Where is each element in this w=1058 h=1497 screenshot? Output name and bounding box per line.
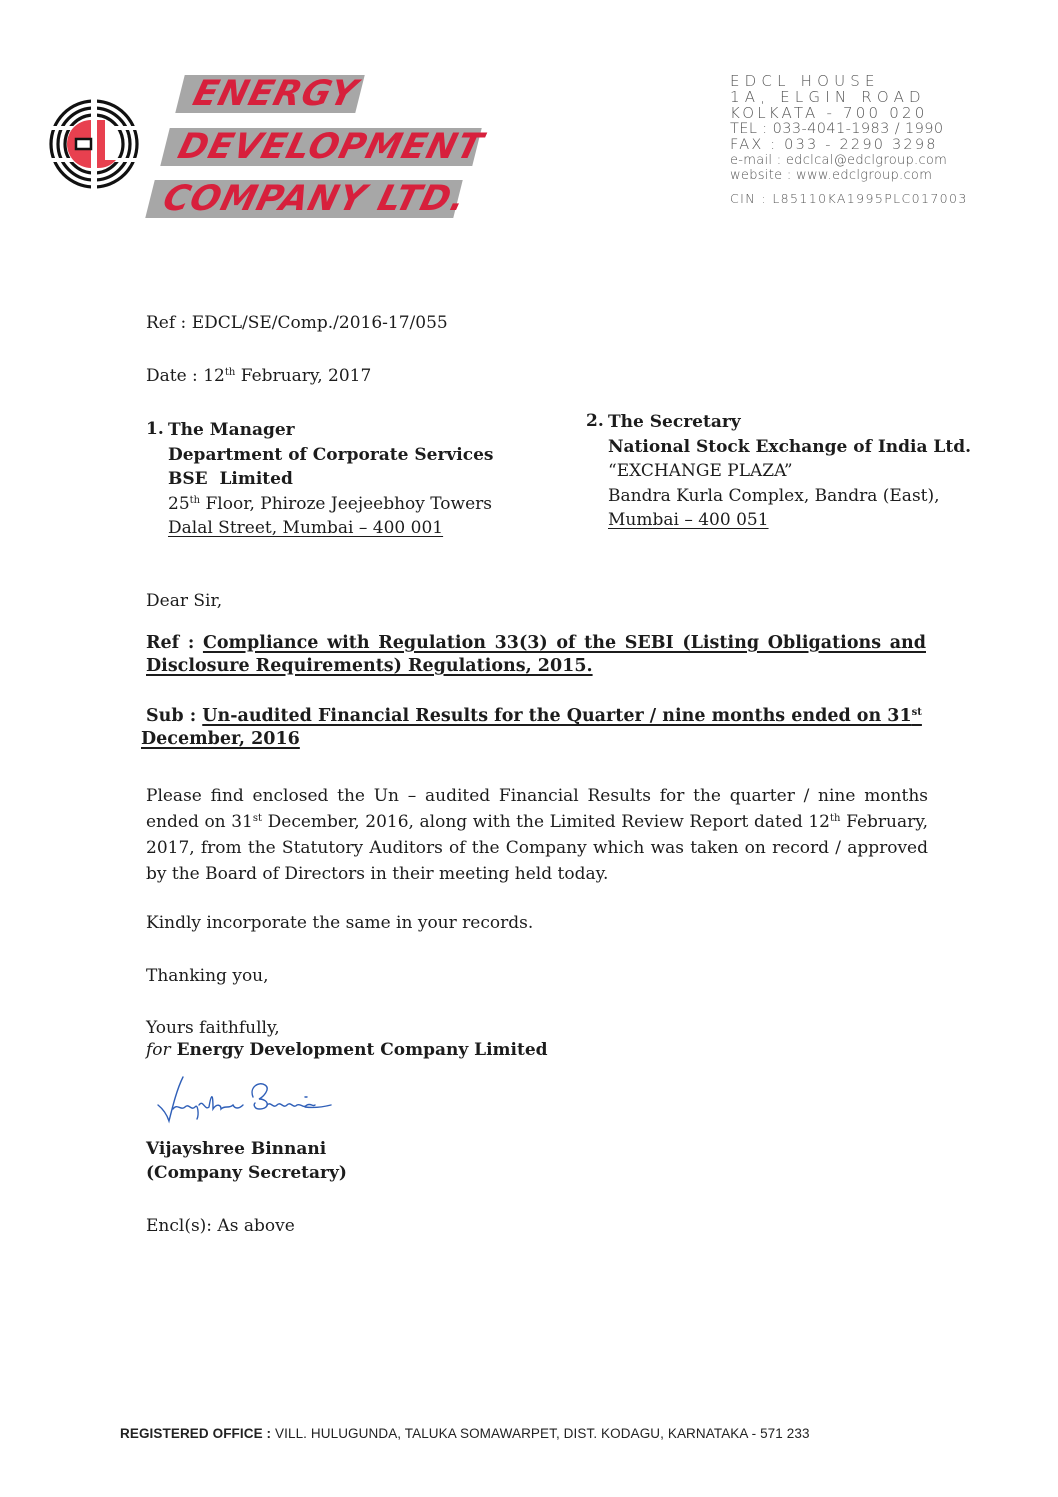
date-month-year: February, 2017 [235,366,371,386]
edcl-emblem-icon [48,98,140,190]
floor-suffix: th [190,495,200,506]
logo-band-development: DEVELOPMENT [160,128,481,166]
recipient-number: 2. [586,410,604,433]
logo-text-development: DEVELOPMENT [160,128,481,166]
body-sup-1: st [253,813,262,824]
letter-date: Date : 12th February, 2017 [146,365,371,388]
recipient-city: Dalal Street, Mumbai – 400 001 [168,516,494,541]
thanks-line: Thanking you, [146,965,269,988]
for-company: Energy Development Company Limited [171,1040,548,1060]
ref-subject-text: Compliance with Regulation 33(3) of the … [146,633,926,676]
footer-address: VILL. HULUGUNDA, TALUKA SOMAWARPET, DIST… [275,1426,810,1441]
recipient-city: Mumbai – 400 051 [608,508,971,533]
letterhead-address: EDCL HOUSE 1A, ELGIN ROAD KOLKATA - 700 … [730,73,1010,207]
body-paragraph: Please find enclosed the Un – audited Fi… [146,783,928,887]
logo-text-company: COMPANY LTD. [145,180,462,218]
handwritten-signature [155,1075,335,1125]
logo-text-energy: ENERGY [175,75,364,113]
recipient-title: The Secretary [608,410,971,435]
for-company-line: for Energy Development Company Limited [146,1039,548,1062]
request-line: Kindly incorporate the same in your reco… [146,912,533,935]
logo-band-energy: ENERGY [175,75,364,113]
recipient-address: 25th Floor, Phiroze Jeejeebhoy Towers [168,492,494,517]
body-text-b: December, 2016, along with the Limited R… [262,812,830,832]
sub-subject-text: Un-audited Financial Results for the Qua… [146,706,922,749]
sub-subject-sup: st [912,707,922,718]
address-building: EDCL HOUSE [730,73,1010,89]
registered-office-footer: REGISTERED OFFICE : VILL. HULUGUNDA, TAL… [120,1426,960,1441]
reference-number: Ref : EDCL/SE/Comp./2016-17/055 [146,312,448,335]
recipient-dept: Department of Corporate Services [168,443,494,468]
floor-rest: Floor, Phiroze Jeejeebhoy Towers [200,494,492,514]
recipient-org: BSE Limited [168,467,494,492]
signer-name: Vijayshree Binnani [146,1138,326,1161]
address-cin: CIN : L85110KA1995PLC017003 [730,191,1010,207]
body-sup-2: th [830,813,840,824]
reference-subject: Ref : Compliance with Regulation 33(3) o… [146,632,926,678]
address-email[interactable]: e-mail : edclcal@edclgroup.com [730,153,1010,168]
recipient-street: Bandra Kurla Complex, Bandra (East), [608,484,971,509]
address-fax: FAX : 033 - 2290 3298 [730,137,1010,153]
ref-label: Ref : [146,633,203,653]
for-prefix: for [146,1040,171,1060]
subject-line: Sub : Un-audited Financial Results for t… [146,705,926,751]
address-website[interactable]: website : www.edclgroup.com [730,168,1010,183]
signer-title: (Company Secretary) [146,1162,347,1185]
enclosure-note: Encl(s): As above [146,1215,295,1238]
recipient-title: The Manager [168,418,494,443]
logo-band-company: COMPANY LTD. [145,180,462,218]
recipient-org: National Stock Exchange of India Ltd. [608,435,971,460]
recipient-number: 1. [146,418,164,441]
salutation: Dear Sir, [146,590,222,613]
address-city: KOLKATA - 700 020 [730,105,1010,121]
footer-label: REGISTERED OFFICE : [120,1426,275,1441]
sub-subject-a: Un-audited Financial Results for the Qua… [202,706,911,726]
closing-line: Yours faithfully, [146,1017,280,1040]
floor-number: 25 [168,494,190,514]
sub-label: Sub : [146,706,202,726]
sub-subject-b: December, 2016 [141,729,300,749]
address-tel: TEL : 033-4041-1983 / 1990 [730,121,1010,137]
date-day: Date : 12 [146,366,225,386]
date-suffix: th [225,367,235,378]
address-street: 1A, ELGIN ROAD [730,89,1010,105]
recipient-building: “EXCHANGE PLAZA” [608,459,971,484]
